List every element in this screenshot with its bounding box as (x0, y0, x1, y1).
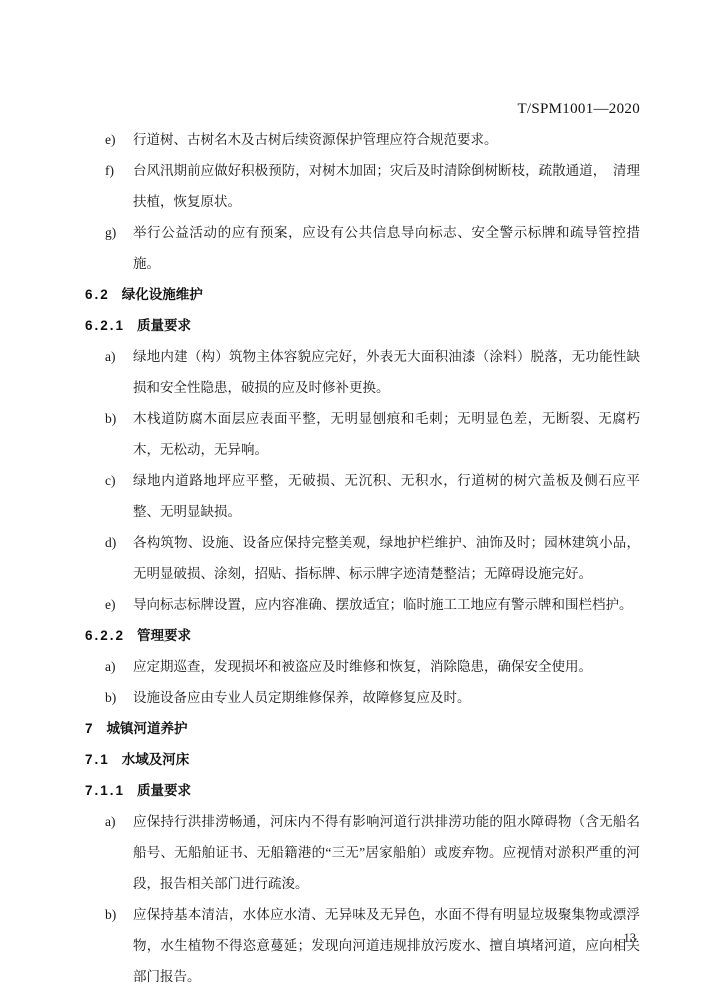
list-item-6-1-f: f) 台风汛期前应做好积极预防，对树木加固；灾后及时清除倒树断枝，疏散通道， 清… (85, 155, 640, 217)
list-item-text: 设施设备应由专业人员定期维修保养，故障修复应及时。 (133, 690, 471, 705)
heading-number: 7.1 (85, 752, 110, 767)
list-item-label: a) (105, 806, 116, 837)
heading-title: 管理要求 (137, 628, 191, 643)
list-item-label: b) (105, 403, 116, 434)
document-content: e) 行道树、古树名木及古树后续资源保护管理应符合规范要求。 f) 台风汛期前应… (85, 124, 640, 992)
heading-7-1-1: 7.1.1质量要求 (85, 775, 640, 806)
list-item-6-1-g: g) 举行公益活动的应有预案，应设有公共信息导向标志、安全警示标牌和疏导管控措施… (85, 217, 640, 279)
heading-title: 绿化设施维护 (122, 287, 203, 302)
list-item-text: 木栈道防腐木面层应表面平整，无明显刨痕和毛刺；无明显色差，无断裂、无腐朽木，无松… (133, 411, 640, 457)
heading-title: 质量要求 (137, 783, 191, 798)
list-item-label: b) (105, 682, 116, 713)
list-item-label: a) (105, 651, 116, 682)
heading-title: 城镇河道养护 (107, 721, 188, 736)
list-item-label: d) (105, 527, 116, 558)
list-item-7-1-1-b: b) 应保持基本清洁，水体应水清、无异味及无异色，水面不得有明显垃圾聚集物或漂浮… (85, 899, 640, 992)
list-item-text: 应定期巡查，发现损坏和被盗应及时维修和恢复，消除隐患，确保安全使用。 (133, 659, 592, 674)
list-item-text: 绿地内建（构）筑物主体容貌应完好，外表无大面积油漆（涂料）脱落，无功能性缺损和安… (133, 349, 640, 395)
list-item-text: 台风汛期前应做好积极预防，对树木加固；灾后及时清除倒树断枝，疏散通道， 清理扶植… (133, 163, 640, 209)
heading-number: 7.1.1 (85, 783, 125, 798)
heading-title: 水域及河床 (122, 752, 190, 767)
list-item-label: c) (105, 465, 116, 496)
list-item-text: 导向标志标牌设置，应内容准确、摆放适宜；临时施工工地应有警示牌和围栏档护。 (133, 597, 633, 612)
list-item-6-2-1-b: b) 木栈道防腐木面层应表面平整，无明显刨痕和毛刺；无明显色差，无断裂、无腐朽木… (85, 403, 640, 465)
list-item-text: 绿地内道路地坪应平整，无破损、无沉积、无积水，行道树的树穴盖板及侧石应平整、无明… (133, 473, 640, 519)
heading-7: 7城镇河道养护 (85, 713, 640, 744)
list-item-7-1-1-a: a) 应保持行洪排涝畅通，河床内不得有影响河道行洪排涝功能的阻水障碍物（含无船名… (85, 806, 640, 899)
heading-6-2-1: 6.2.1质量要求 (85, 310, 640, 341)
list-item-6-2-1-d: d) 各构筑物、设施、设备应保持完整美观，绿地护栏维护、油饰及时；园林建筑小品，… (85, 527, 640, 589)
standard-number: T/SPM1001—2020 (517, 101, 640, 117)
list-item-label: g) (105, 217, 116, 248)
list-item-text: 举行公益活动的应有预案，应设有公共信息导向标志、安全警示标牌和疏导管控措施。 (133, 225, 640, 271)
heading-6-2-2: 6.2.2管理要求 (85, 620, 640, 651)
heading-7-1: 7.1水域及河床 (85, 744, 640, 775)
running-header: T/SPM1001—2020 (85, 100, 640, 118)
heading-number: 6.2.1 (85, 318, 125, 333)
list-item-text: 应保持基本清洁，水体应水清、无异味及无异色，水面不得有明显垃圾聚集物或漂浮物，水… (133, 907, 640, 984)
list-item-6-2-1-e: e) 导向标志标牌设置，应内容准确、摆放适宜；临时施工工地应有警示牌和围栏档护。 (85, 589, 640, 620)
list-item-6-2-1-a: a) 绿地内建（构）筑物主体容貌应完好，外表无大面积油漆（涂料）脱落，无功能性缺… (85, 341, 640, 403)
heading-title: 质量要求 (137, 318, 191, 333)
list-item-label: e) (105, 124, 116, 155)
list-item-6-2-1-c: c) 绿地内道路地坪应平整，无破损、无沉积、无积水，行道树的树穴盖板及侧石应平整… (85, 465, 640, 527)
page-number: 13 (624, 931, 637, 946)
list-item-label: f) (105, 155, 114, 186)
list-item-6-1-e: e) 行道树、古树名木及古树后续资源保护管理应符合规范要求。 (85, 124, 640, 155)
list-item-text: 各构筑物、设施、设备应保持完整美观，绿地护栏维护、油饰及时；园林建筑小品，无明显… (133, 535, 640, 581)
document-page: T/SPM1001—2020 e) 行道树、古树名木及古树后续资源保护管理应符合… (0, 0, 706, 1000)
list-item-label: a) (105, 341, 116, 372)
list-item-text: 行道树、古树名木及古树后续资源保护管理应符合规范要求。 (133, 132, 498, 147)
list-item-label: e) (105, 589, 116, 620)
heading-number: 6.2.2 (85, 628, 125, 643)
list-item-label: b) (105, 899, 116, 930)
heading-number: 6.2 (85, 287, 110, 302)
list-item-6-2-2-a: a) 应定期巡查，发现损坏和被盗应及时维修和恢复，消除隐患，确保安全使用。 (85, 651, 640, 682)
heading-6-2: 6.2绿化设施维护 (85, 279, 640, 310)
heading-number: 7 (85, 721, 95, 736)
list-item-6-2-2-b: b) 设施设备应由专业人员定期维修保养，故障修复应及时。 (85, 682, 640, 713)
list-item-text: 应保持行洪排涝畅通，河床内不得有影响河道行洪排涝功能的阻水障碍物（含无船名船号、… (133, 814, 640, 891)
